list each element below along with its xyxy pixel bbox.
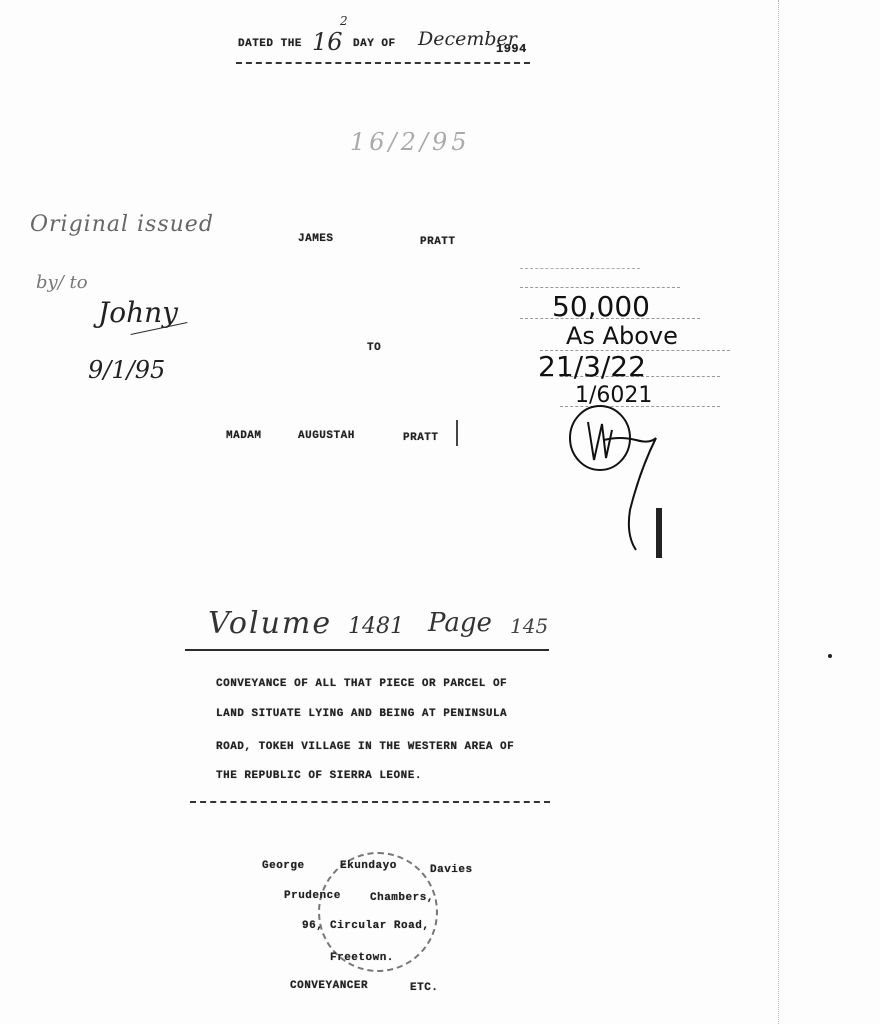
street-name: Circular Road,	[330, 920, 429, 932]
grantor-last-name: PRATT	[420, 236, 456, 248]
faint-handwriting: 16/2/95	[350, 128, 471, 156]
office-name-1: Prudence	[284, 890, 341, 902]
stamp-amount: 50,000	[552, 290, 650, 323]
description-line-2: LAND SITUATE LYING AND BEING AT PENINSUL…	[216, 708, 507, 720]
description-line-1: CONVEYANCE OF ALL THAT PIECE OR PARCEL O…	[216, 678, 507, 690]
street-number: 96,	[302, 920, 323, 932]
conveyancer-middle-name: Ekundayo	[340, 860, 397, 872]
stamp-line-2	[520, 287, 680, 288]
stamp-line-1	[520, 268, 640, 269]
scan-edge	[778, 0, 779, 1024]
dated-prefix: DATED THE	[238, 38, 302, 50]
volume-underline	[185, 649, 549, 651]
stamp-note: As Above	[566, 322, 678, 350]
grantor-first-name: JAMES	[298, 233, 334, 245]
grantee-first-name: AUGUSTAH	[298, 430, 355, 442]
day-superscript: 2	[340, 14, 348, 28]
conveyancer-first-name: George	[262, 860, 305, 872]
margin-note-original-issued: Original issued	[30, 212, 214, 237]
description-underline	[190, 801, 550, 803]
volume-number: 1481	[348, 614, 404, 639]
vertical-mark	[456, 420, 458, 446]
grantee-title: MADAM	[226, 430, 262, 442]
conveyancer-title: CONVEYANCER	[290, 980, 368, 992]
day-of-label: DAY OF	[353, 38, 396, 50]
margin-note-by: by/ to	[36, 272, 88, 293]
grantee-last-name: PRATT	[403, 432, 439, 444]
stamp-signature-icon	[560, 400, 680, 570]
description-line-2: ROAD, TOKEH VILLAGE IN THE WESTERN AREA …	[216, 741, 514, 753]
scan-dot	[828, 654, 832, 658]
description-line-4: THE REPUBLIC OF SIERRA LEONE.	[216, 770, 422, 782]
margin-signature: Johny	[98, 296, 178, 329]
connector-to: TO	[367, 342, 381, 354]
year: 1994	[496, 42, 527, 56]
conveyancer-etc: ETC.	[410, 982, 438, 994]
stamp-date: 21/3/22	[538, 350, 646, 383]
margin-date: 9/1/95	[88, 356, 165, 384]
page-number: 145	[510, 614, 548, 638]
volume-label: Volume	[208, 606, 332, 641]
day-handwritten: 16	[312, 28, 343, 56]
office-name-2: Chambers,	[370, 892, 434, 904]
document-page: DATED THE 16 2 DAY OF December 1994 16/2…	[0, 0, 880, 1024]
page-label: Page	[428, 608, 492, 638]
header-underline	[236, 62, 530, 64]
conveyancer-last-name: Davies	[430, 864, 473, 876]
city: Freetown.	[330, 952, 394, 964]
